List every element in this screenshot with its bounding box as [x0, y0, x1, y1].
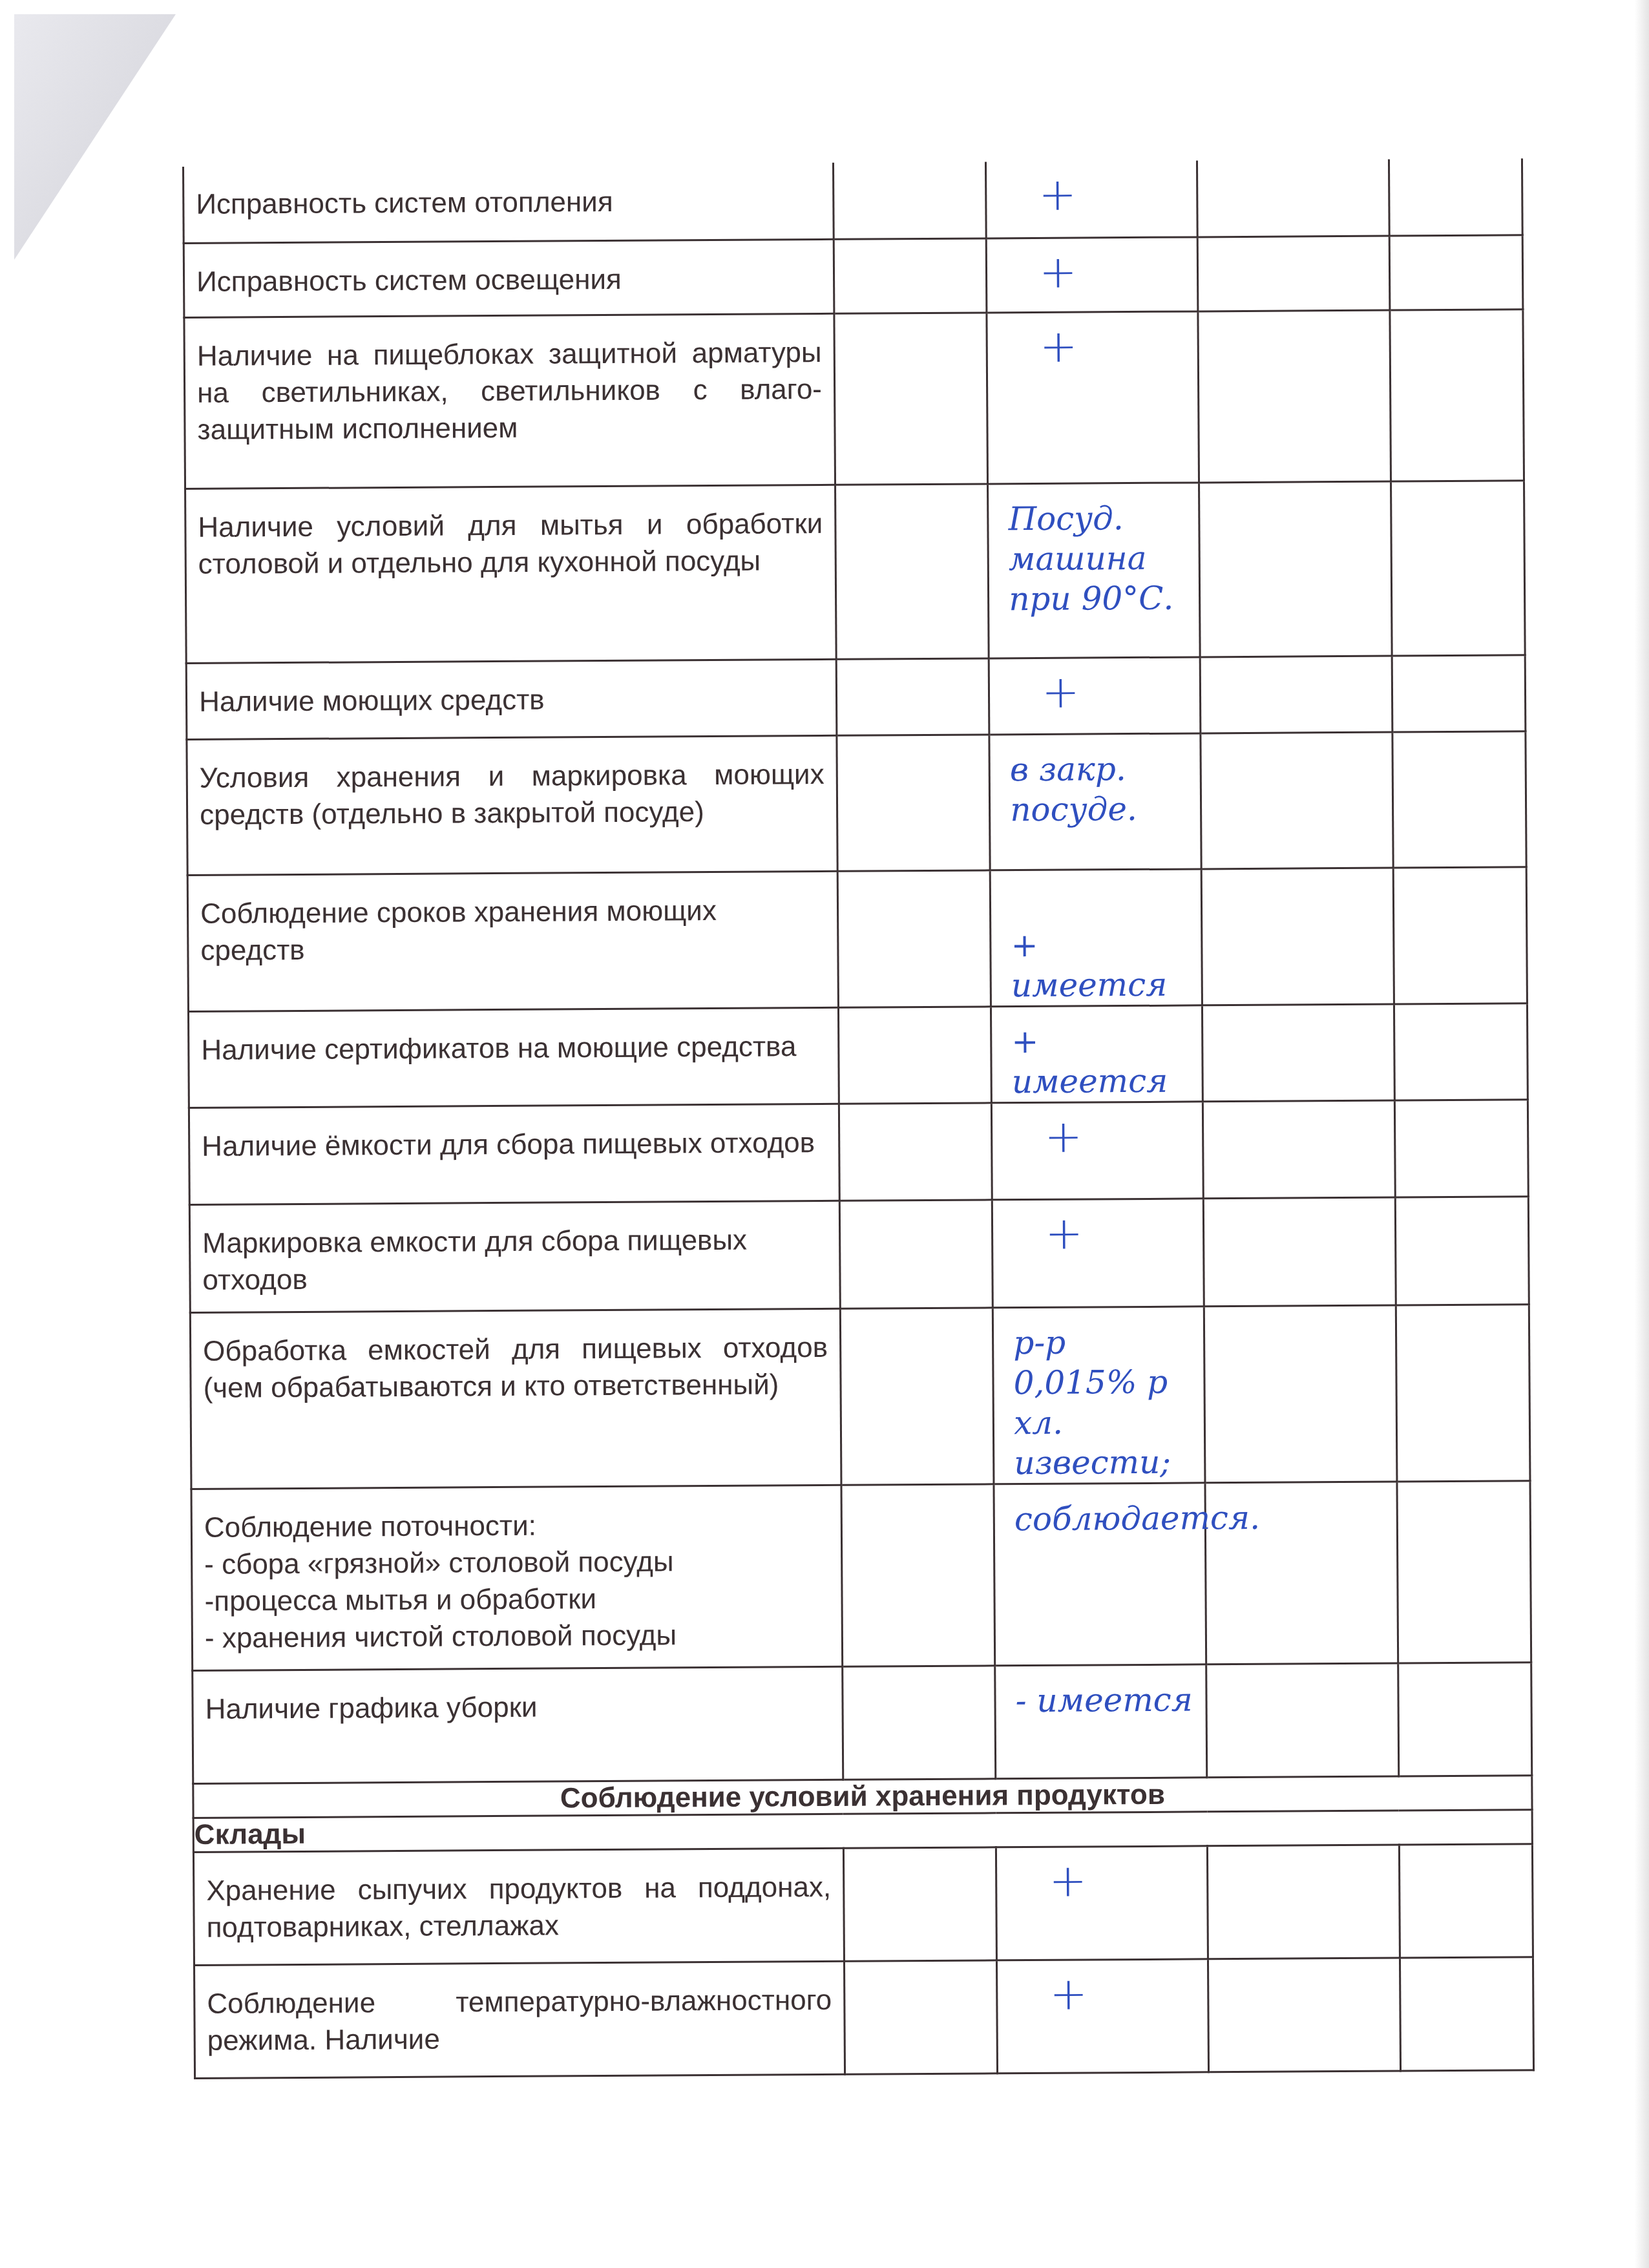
- criterion-label: Исправность систем освещения: [185, 240, 833, 313]
- mark-cell[interactable]: в закр. посуде.: [989, 733, 1201, 870]
- criterion-label: Хранение сыпучих продуктов на поддонах, …: [194, 1849, 843, 1958]
- empty-cell[interactable]: [1203, 1197, 1396, 1307]
- mark-cell[interactable]: +: [987, 311, 1199, 483]
- checklist-table: Исправность систем отопления+Исправность…: [182, 158, 1535, 2079]
- page-curl-shadow: [14, 14, 176, 260]
- criterion-cell: Наличие моющих средств: [186, 659, 837, 739]
- checklist-row: Исправность систем отопления+: [183, 158, 1522, 243]
- handwritten-plus-mark: +: [988, 312, 1197, 366]
- empty-cell[interactable]: [834, 312, 988, 484]
- empty-cell[interactable]: [1208, 1958, 1401, 2072]
- criterion-cell: Соблюдение поточности:- сбора «грязной» …: [191, 1485, 843, 1670]
- criterion-cell: Условия хранения и маркировка моющих сре…: [187, 735, 837, 875]
- empty-cell[interactable]: [1394, 1003, 1528, 1100]
- criterion-label: Исправность систем отопления: [184, 163, 832, 236]
- handwritten-plus-mark: +: [987, 238, 1197, 292]
- empty-cell[interactable]: [839, 1199, 993, 1308]
- empty-cell[interactable]: [1397, 1480, 1531, 1663]
- criterion-label: Наличие моющих средств: [187, 660, 835, 733]
- mark-cell[interactable]: соблюдается.: [994, 1482, 1206, 1665]
- empty-cell[interactable]: [838, 1006, 991, 1103]
- handwritten-note: + имеется: [991, 870, 1201, 1005]
- criterion-cell: Исправность систем отопления: [183, 163, 834, 243]
- checklist-row: Наличие моющих средств+: [186, 655, 1526, 739]
- empty-cell[interactable]: [1389, 235, 1523, 310]
- empty-cell[interactable]: [1203, 1100, 1395, 1199]
- handwritten-note: Посуд. машина при 90°С.: [989, 483, 1199, 619]
- empty-cell[interactable]: [1399, 1843, 1533, 1957]
- criterion-cell: Наличие ёмкости для сбора пищевых отходо…: [189, 1104, 839, 1204]
- empty-cell[interactable]: [1198, 310, 1391, 483]
- criterion-cell: Маркировка емкости для сбора пищевых отх…: [189, 1201, 840, 1312]
- empty-cell[interactable]: [1197, 160, 1389, 237]
- checklist-row: Условия хранения и маркировка моющих сре…: [187, 731, 1526, 875]
- checklist-row: Наличие графика уборки- имеется: [193, 1662, 1532, 1783]
- criterion-label: Наличие графика уборки: [193, 1667, 841, 1740]
- empty-cell[interactable]: [1394, 1099, 1528, 1197]
- empty-cell[interactable]: [836, 658, 989, 735]
- empty-cell[interactable]: [1396, 1304, 1530, 1481]
- empty-cell[interactable]: [1197, 236, 1389, 311]
- criterion-label-line: - сбора «грязной» столовой посуды: [204, 1542, 829, 1582]
- empty-cell[interactable]: [1400, 1957, 1533, 2070]
- criterion-label-line: -процесса мытья и обработки: [204, 1579, 829, 1619]
- criterion-label: Соблюдение сроков хранения моющих средст…: [189, 872, 837, 982]
- checklist-row: Наличие на пищеблоках защитной арматуры …: [184, 309, 1524, 488]
- criterion-label: Наличие условий для мытья и обработки ст…: [186, 485, 835, 595]
- handwritten-note: в закр. посуде.: [991, 734, 1201, 830]
- checklist-row: Соблюдение температурно-влажностного реж…: [194, 1957, 1534, 2078]
- mark-cell[interactable]: + имеется: [990, 868, 1202, 1006]
- checklist-row: Соблюдение сроков хранения моющих средст…: [187, 866, 1527, 1011]
- checklist-row: Обработка емкостей для пищевых отходов (…: [190, 1304, 1530, 1489]
- criterion-cell: Наличие сертификатов на моющие средства: [188, 1007, 839, 1108]
- empty-cell[interactable]: [1392, 655, 1526, 731]
- criterion-label: Маркировка емкости для сбора пищевых отх…: [191, 1201, 839, 1311]
- empty-cell[interactable]: [1201, 732, 1393, 869]
- empty-cell[interactable]: [1203, 1004, 1395, 1102]
- mark-cell[interactable]: +: [986, 160, 1198, 238]
- scan-edge: [1635, 0, 1649, 2268]
- criterion-label: Обработка емкостей для пищевых отходов (…: [191, 1309, 840, 1419]
- handwritten-note: - имеется: [996, 1665, 1205, 1721]
- empty-cell[interactable]: [1395, 1196, 1529, 1305]
- empty-cell[interactable]: [834, 238, 987, 313]
- criterion-label-line: Соблюдение поточности:: [204, 1505, 829, 1546]
- checklist-row: Хранение сыпучих продуктов на поддонах, …: [193, 1843, 1533, 1965]
- empty-cell[interactable]: [843, 1665, 996, 1779]
- empty-cell[interactable]: [1398, 1662, 1531, 1776]
- mark-cell[interactable]: +: [992, 1101, 1204, 1199]
- empty-cell[interactable]: [843, 1847, 996, 1960]
- criterion-label: Соблюдение поточности:- сбора «грязной» …: [193, 1486, 841, 1669]
- handwritten-plus-mark: +: [990, 658, 1199, 712]
- empty-cell[interactable]: [837, 734, 991, 870]
- checklist-row: Наличие сертификатов на моющие средства+…: [188, 1003, 1528, 1108]
- empty-cell[interactable]: [835, 483, 989, 658]
- handwritten-note: р-р 0,015% р хл. извести;: [994, 1307, 1204, 1483]
- criterion-cell: Соблюдение температурно-влажностного реж…: [194, 1961, 845, 2078]
- mark-cell[interactable]: Посуд. машина при 90°С.: [988, 482, 1201, 658]
- criterion-label: Условия хранения и маркировка моющих сре…: [187, 736, 836, 846]
- criterion-cell: Исправность систем освещения: [184, 239, 834, 317]
- empty-cell[interactable]: [1391, 480, 1525, 655]
- mark-cell[interactable]: +: [997, 1958, 1209, 2073]
- handwritten-note: соблюдается.: [995, 1484, 1204, 1539]
- empty-cell[interactable]: [1393, 866, 1528, 1003]
- mark-cell[interactable]: + имеется: [991, 1005, 1203, 1102]
- criterion-label: Наличие ёмкости для сбора пищевых отходо…: [190, 1104, 838, 1177]
- empty-cell[interactable]: [1201, 868, 1394, 1005]
- empty-cell[interactable]: [1207, 1845, 1400, 1959]
- empty-cell[interactable]: [1200, 656, 1392, 733]
- empty-cell[interactable]: [833, 162, 986, 238]
- mark-cell[interactable]: +: [986, 236, 1198, 312]
- empty-cell[interactable]: [1206, 1663, 1399, 1778]
- criterion-label: Соблюдение температурно-влажностного реж…: [195, 1962, 844, 2072]
- empty-cell[interactable]: [844, 1960, 997, 2074]
- empty-cell[interactable]: [1389, 158, 1522, 235]
- checklist-row: Наличие ёмкости для сбора пищевых отходо…: [189, 1099, 1528, 1204]
- empty-cell[interactable]: [841, 1484, 995, 1666]
- checklist-row: Маркировка емкости для сбора пищевых отх…: [189, 1196, 1529, 1312]
- criterion-cell: Хранение сыпучих продуктов на поддонах, …: [193, 1848, 844, 1965]
- checklist-row: Исправность систем освещения+: [184, 235, 1523, 317]
- empty-cell[interactable]: [1390, 309, 1524, 481]
- empty-cell[interactable]: [1392, 731, 1527, 867]
- criterion-cell: Наличие условий для мытья и обработки ст…: [185, 485, 836, 663]
- empty-cell[interactable]: [840, 1307, 994, 1484]
- criterion-cell: Наличие на пищеблоках защитной арматуры …: [184, 313, 835, 488]
- empty-cell[interactable]: [1204, 1305, 1396, 1483]
- criterion-cell: Наличие графика уборки: [193, 1666, 843, 1783]
- handwritten-plus-mark: +: [997, 1847, 1206, 1901]
- criterion-label: Наличие на пищеблоках защитной арматуры …: [185, 314, 834, 461]
- mark-cell[interactable]: +: [996, 1845, 1208, 1960]
- criterion-cell: Обработка емкостей для пищевых отходов (…: [190, 1308, 841, 1489]
- handwritten-plus-mark: +: [993, 1102, 1202, 1157]
- criterion-label: Наличие сертификатов на моющие средства: [189, 1008, 837, 1081]
- mark-cell[interactable]: +: [989, 656, 1201, 734]
- handwritten-plus-mark: +: [987, 160, 1196, 215]
- checklist-sheet: Исправность систем отопления+Исправность…: [182, 158, 1535, 2079]
- criterion-label-line: - хранения чистой столовой посуды: [205, 1615, 830, 1656]
- handwritten-plus-mark: +: [993, 1199, 1203, 1254]
- handwritten-note: + имеется: [992, 1006, 1202, 1102]
- mark-cell[interactable]: р-р 0,015% р хл. извести;: [993, 1306, 1205, 1484]
- checklist-row: Наличие условий для мытья и обработки ст…: [185, 480, 1526, 663]
- handwritten-plus-mark: +: [998, 1960, 1207, 2014]
- empty-cell[interactable]: [839, 1102, 992, 1200]
- empty-cell[interactable]: [837, 870, 991, 1007]
- empty-cell[interactable]: [1199, 481, 1392, 657]
- criterion-cell: Соблюдение сроков хранения моющих средст…: [187, 871, 838, 1011]
- checklist-row: Соблюдение поточности:- сбора «грязной» …: [191, 1480, 1531, 1670]
- mark-cell[interactable]: +: [992, 1198, 1204, 1307]
- mark-cell[interactable]: - имеется: [995, 1664, 1207, 1778]
